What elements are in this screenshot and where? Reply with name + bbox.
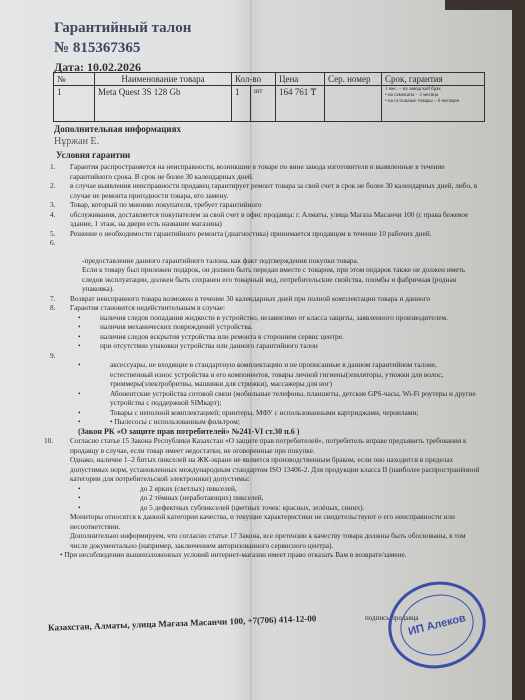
condition-item: 5.Решение о необходимости гарантийного р… <box>40 229 480 239</box>
header-qty: Кол-во <box>232 73 276 86</box>
condition-bullet: до 5 дефектных субпикселей (цветных точе… <box>40 503 480 513</box>
conditions-list: 1.Гарантия распространяется на неисправн… <box>40 162 480 560</box>
condition-item: 4.обслуживания, доставляется покупателем… <box>40 210 480 229</box>
document-number: № 815367365 <box>54 40 140 57</box>
condition-bullet: • Пылесосы с использованным фильтром; <box>40 417 480 427</box>
condition-bullet: до 2 ярких (светлых) пикселей, <box>40 484 480 494</box>
condition-item: 7.Возврат неисправного товара возможен в… <box>40 294 480 304</box>
condition-bullet: наличия следов вскрытия устройства или р… <box>40 332 480 342</box>
header-name: Наименование товара <box>95 73 232 86</box>
cell-no: 1 <box>54 86 95 122</box>
condition-bullet: Товары с неполной комплектацией; принтер… <box>40 408 480 418</box>
additional-info-label: Дополнительная информациях <box>54 124 181 134</box>
condition-item: 9. <box>40 351 480 361</box>
header-price: Цена <box>276 73 325 86</box>
condition-bullet: аксессуары, не входящие в стандартную ко… <box>40 360 480 389</box>
condition-bullet: наличия следов попадания жидкости в устр… <box>40 313 480 323</box>
background-surface <box>445 0 525 10</box>
header-no: № <box>54 73 95 86</box>
header-warranty: Срок, гарантия <box>382 73 485 86</box>
conditions-title: Условия гарантии <box>56 150 130 160</box>
condition-subtext: Если к товару был приложен подарок, он д… <box>40 265 480 294</box>
cell-warranty: 1 мес. – на заводской брак • на самокаты… <box>382 86 485 122</box>
condition-bullet: наличия механических повреждений устройс… <box>40 322 480 332</box>
cell-qty: 1 <box>232 86 251 122</box>
table-row: 1 Meta Quest 3S 128 Gb 1 шт 164 761 ₸ 1 … <box>54 86 485 122</box>
condition-bullet: Абонентские устройства сотовой связи (мо… <box>40 389 480 408</box>
condition-item: 2.в случае выявления неисправности прода… <box>40 181 480 200</box>
cell-unit: шт <box>251 86 276 122</box>
condition-paragraph: Дополнительно информируем, что согласно … <box>40 531 480 550</box>
customer-name: Нұржан Е. <box>54 136 99 147</box>
stamp-inner-ring: ИП Алеков <box>394 587 480 663</box>
cell-serial <box>325 86 382 122</box>
product-table: № Наименование товара Кол-во Цена Сер. н… <box>53 72 485 122</box>
warranty-line: • на остальные товары – 6 месяцев <box>385 99 481 105</box>
condition-paragraph: • При несоблюдении вышеизложенных услови… <box>40 550 480 560</box>
condition-item: 3.Товар, который по мнению покупателя, т… <box>40 200 480 210</box>
condition-item: 10.Согласно статье 15 Закона Республики … <box>40 436 480 455</box>
law-reference: (Закон РК «О защите прав потребителей» №… <box>40 427 480 437</box>
condition-subtext: -предоставление данного гарантийного тал… <box>40 256 480 266</box>
condition-paragraph: Однако, наличие 1–2 битых пикселей на ЖК… <box>40 455 480 484</box>
cell-name: Meta Quest 3S 128 Gb <box>95 86 232 122</box>
header-serial: Сер. номер <box>325 73 382 86</box>
background-surface-edge <box>512 560 525 700</box>
condition-item: 8.Гарантия становится недействительным в… <box>40 303 480 313</box>
document-title: Гарантийный талон <box>54 20 191 37</box>
cell-price: 164 761 ₸ <box>276 86 325 122</box>
condition-item: 6. <box>40 238 480 248</box>
condition-paragraph: Мониторы относятся к данной категории ка… <box>40 512 480 531</box>
stamp-text: ИП Алеков <box>407 612 467 638</box>
condition-bullet: при отсутствии упаковки устройства или д… <box>40 341 480 351</box>
condition-bullet: до 2 тёмных (неработающих) пикселей, <box>40 493 480 503</box>
table-header-row: № Наименование товара Кол-во Цена Сер. н… <box>54 73 485 86</box>
condition-item: 1.Гарантия распространяется на неисправн… <box>40 162 480 181</box>
